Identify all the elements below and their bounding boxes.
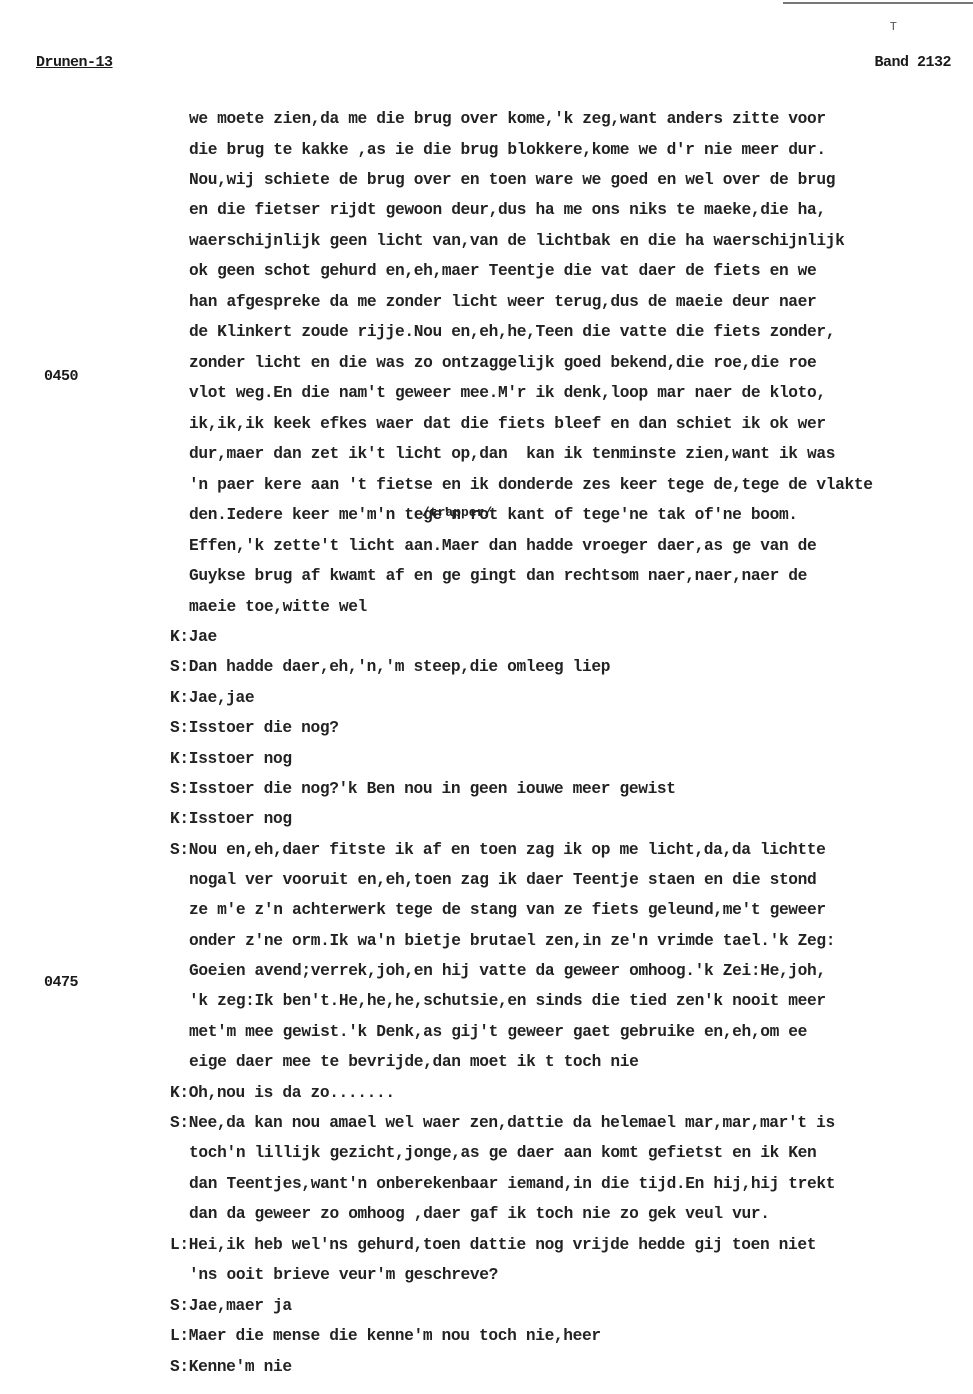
transcript-line: ok geen schot gehurd en,eh,maer Teentje … (189, 262, 816, 280)
transcript-line: S:Jae,maer ja (170, 1297, 292, 1315)
corner-mark: T (890, 20, 897, 34)
transcript-line: die brug te kakke ,as ie die brug blokke… (189, 141, 826, 159)
transcript-line: nogal ver vooruit en,eh,toen zag ik daer… (189, 871, 816, 889)
transcript-line: 'ns ooit brieve veur'm geschreve? (189, 1266, 498, 1284)
transcript-line: de Klinkert zoude rijje.Nou en,eh,he,Tee… (189, 323, 835, 341)
document-location-label: Drunen-13 (36, 54, 113, 71)
transcript-line: K:Isstoer nog (170, 750, 292, 768)
transcript-line: K:Jae (170, 628, 217, 646)
timecode-margin: 0450 (44, 368, 78, 385)
transcript-line: 'n paer kere aan 't fietse en ik donderd… (189, 476, 873, 494)
transcript-line: S:Kenne'm nie (170, 1358, 292, 1376)
transcript-line: ik,ik,ik keek efkes waer dat die fiets b… (189, 415, 826, 433)
transcript-line: Guykse brug af kwamt af en ge gingt dan … (189, 567, 807, 585)
transcript-line: 'k zeg:Ik ben't.He,he,he,schutsie,en sin… (189, 992, 826, 1010)
transcript-line: dan da geweer zo omhoog ,daer gaf ik toc… (189, 1205, 770, 1223)
transcript-line: L:Maer die mense die kenne'm nou toch ni… (170, 1327, 601, 1345)
transcript-line: Goeien avend;verrek,joh,en hij vatte da … (189, 962, 826, 980)
transcript-line: eige daer mee te bevrijde,dan moet ik t … (189, 1053, 638, 1071)
timecode-margin: 0475 (44, 974, 78, 991)
transcript-line: toch'n lillijk gezicht,jonge,as ge daer … (189, 1144, 816, 1162)
transcript-line: vlot weg.En die nam't geweer mee.M'r ik … (189, 384, 826, 402)
transcript-line: waerschijnlijk geen licht van,van de lic… (189, 232, 845, 250)
transcript-line: S:Isstoer die nog? (170, 719, 339, 737)
tape-number-label: Band 2132 (874, 54, 951, 71)
transcript-line: Effen,'k zette't licht aan.Maer dan hadd… (189, 537, 816, 555)
transcript-line: S:Dan hadde daer,eh,'n,'m steep,die omle… (170, 658, 610, 676)
transcript-line: han afgespreke da me zonder licht weer t… (189, 293, 816, 311)
interlinear-correction: /trapper/ (422, 505, 492, 520)
transcript-line: S:Nee,da kan nou amael wel waer zen,datt… (170, 1114, 835, 1132)
transcript-line: dur,maer dan zet ik't licht op,dan kan i… (189, 445, 835, 463)
transcript-line: onder z'ne orm.Ik wa'n bietje brutael ze… (189, 932, 835, 950)
transcript-line: S:Nou en,eh,daer fitste ik af en toen za… (170, 841, 826, 859)
transcript-line: ze m'e z'n achterwerk tege de stang van … (189, 901, 826, 919)
transcript-line: L:Hei,ik heb wel'ns gehurd,toen dattie n… (170, 1236, 816, 1254)
transcript-line: K:Jae,jae (170, 689, 254, 707)
transcript-line: we moete zien,da me die brug over kome,'… (189, 110, 826, 128)
transcript-line: S:Isstoer die nog?'k Ben nou in geen iou… (170, 780, 676, 798)
transcript-line: dan Teentjes,want'n onberekenbaar iemand… (189, 1175, 835, 1193)
transcript-line: Nou,wij schiete de brug over en toen war… (189, 171, 835, 189)
scan-edge-line (783, 2, 973, 4)
transcript-line: en die fietser rijdt gewoon deur,dus ha … (189, 201, 826, 219)
transcript-line: K:Oh,nou is da zo....... (170, 1084, 395, 1102)
transcript-line: maeie toe,witte wel (189, 598, 367, 616)
transcript-line: zonder licht en die was zo ontzaggelijk … (189, 354, 816, 372)
transcript-line: K:Isstoer nog (170, 810, 292, 828)
transcript-line: den.Iedere keer me'm'n tege'n rot kant o… (189, 506, 798, 524)
transcript-line: met'm mee gewist.'k Denk,as gij't geweer… (189, 1023, 807, 1041)
